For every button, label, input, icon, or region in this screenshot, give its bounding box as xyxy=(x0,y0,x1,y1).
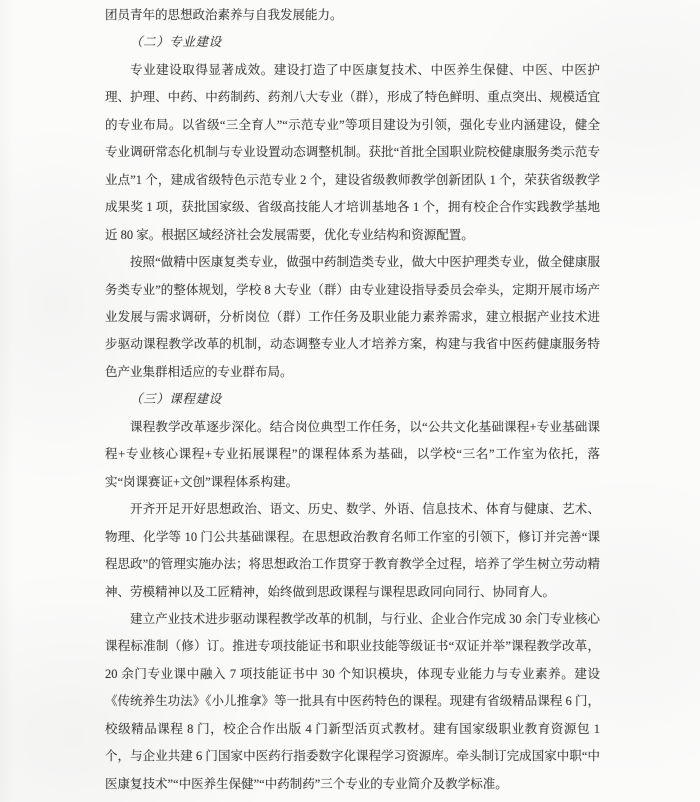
paragraph-curriculum-reform-system: 课程教学改革逐步深化。结合岗位典型工作任务，以“公共文化基础课程+专业基础课程+… xyxy=(105,414,600,496)
section-heading-curriculum-construction: （三）课程建设 xyxy=(105,386,600,413)
paragraph-course-standards-resources: 建立产业技术进步驱动课程教学改革的机制，与行业、企业合作完成 30 余门专业核心… xyxy=(105,606,600,798)
paragraph-major-group-planning: 按照“做精中医康复类专业，做强中药制造类专业，做大中医护理类专业，做全健康服务类… xyxy=(105,249,600,386)
document-page: 团员青年的思想政治素养与自我发展能力。 （二）专业建设 专业建设取得显著成效。建… xyxy=(105,2,600,798)
paragraph-public-basic-courses: 开齐开足开好思想政治、语文、历史、数学、外语、信息技术、体育与健康、艺术、物理、… xyxy=(105,496,600,606)
paragraph-major-construction-achievements: 专业建设取得显著成效。建设打造了中医康复技术、中医养生保健、中医、中医护理、护理… xyxy=(105,57,600,249)
section-heading-major-construction: （二）专业建设 xyxy=(105,29,600,56)
body-text-continuation-line: 团员青年的思想政治素养与自我发展能力。 xyxy=(105,2,600,29)
